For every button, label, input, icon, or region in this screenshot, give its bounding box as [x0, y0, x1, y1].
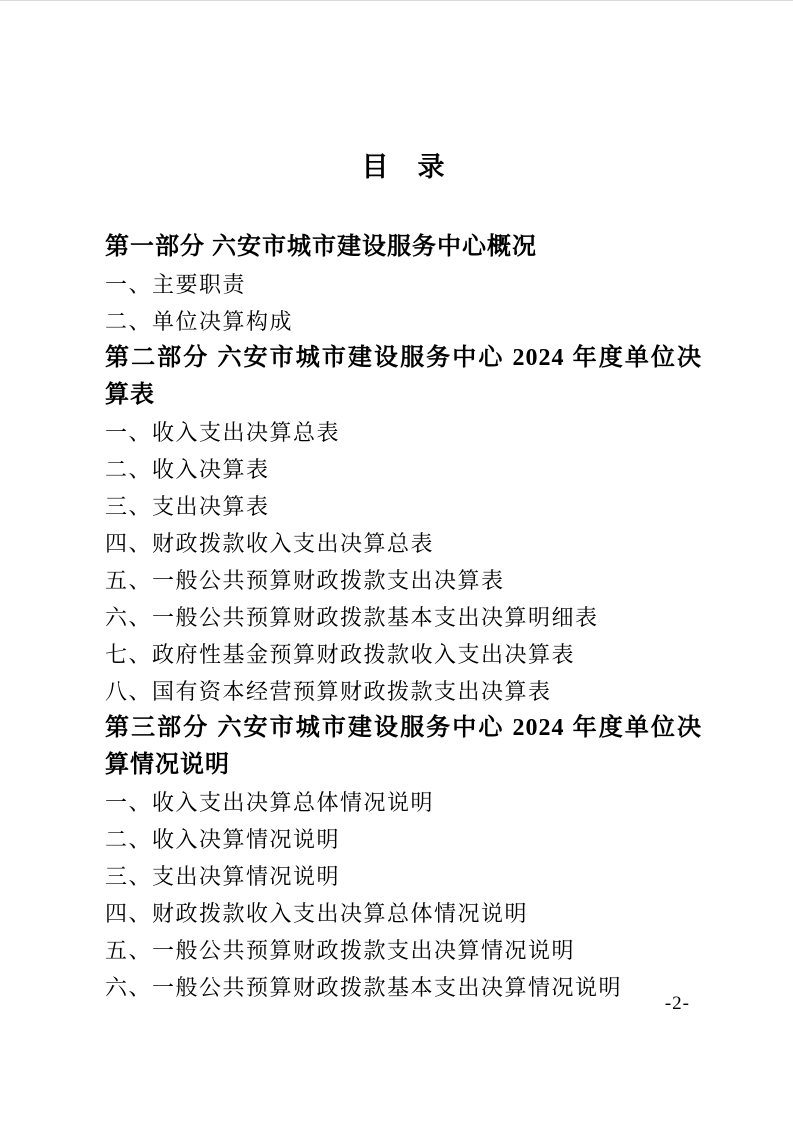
- table-of-contents: 目 录 第一部分 六安市城市建设服务中心概况 一、主要职责 二、单位决算构成 第…: [105, 151, 702, 1006]
- toc-item: 六、一般公共预算财政拨款基本支出决算明细表: [105, 599, 702, 636]
- toc-item: 四、财政拨款收入支出决算总表: [105, 525, 702, 562]
- toc-item: 五、一般公共预算财政拨款支出决算表: [105, 562, 702, 599]
- toc-part-3-heading: 第三部分 六安市城市建设服务中心 2024 年度单位决算情况说明: [105, 710, 702, 784]
- toc-item: 一、收入支出决算总表: [105, 414, 702, 451]
- toc-item: 二、收入决算表: [105, 451, 702, 488]
- toc-part-2-heading: 第二部分 六安市城市建设服务中心 2024 年度单位决算表: [105, 340, 702, 414]
- toc-item: 四、财政拨款收入支出决算总体情况说明: [105, 895, 702, 932]
- toc-item: 一、收入支出决算总体情况说明: [105, 784, 702, 821]
- toc-part-1-heading: 第一部分 六安市城市建设服务中心概况: [105, 229, 702, 266]
- toc-item: 七、政府性基金预算财政拨款收入支出决算表: [105, 636, 702, 673]
- toc-item: 五、一般公共预算财政拨款支出决算情况说明: [105, 932, 702, 969]
- toc-item: 二、单位决算构成: [105, 303, 702, 340]
- page-title: 目 录: [105, 151, 702, 183]
- toc-item: 一、主要职责: [105, 266, 702, 303]
- document-page: 目 录 第一部分 六安市城市建设服务中心概况 一、主要职责 二、单位决算构成 第…: [0, 0, 793, 1122]
- toc-item: 二、收入决算情况说明: [105, 821, 702, 858]
- toc-item: 六、一般公共预算财政拨款基本支出决算情况说明: [105, 969, 702, 1006]
- toc-item: 三、支出决算表: [105, 488, 702, 525]
- toc-item: 三、支出决算情况说明: [105, 858, 702, 895]
- page-number: -2-: [665, 993, 690, 1015]
- toc-item: 八、国有资本经营预算财政拨款支出决算表: [105, 673, 702, 710]
